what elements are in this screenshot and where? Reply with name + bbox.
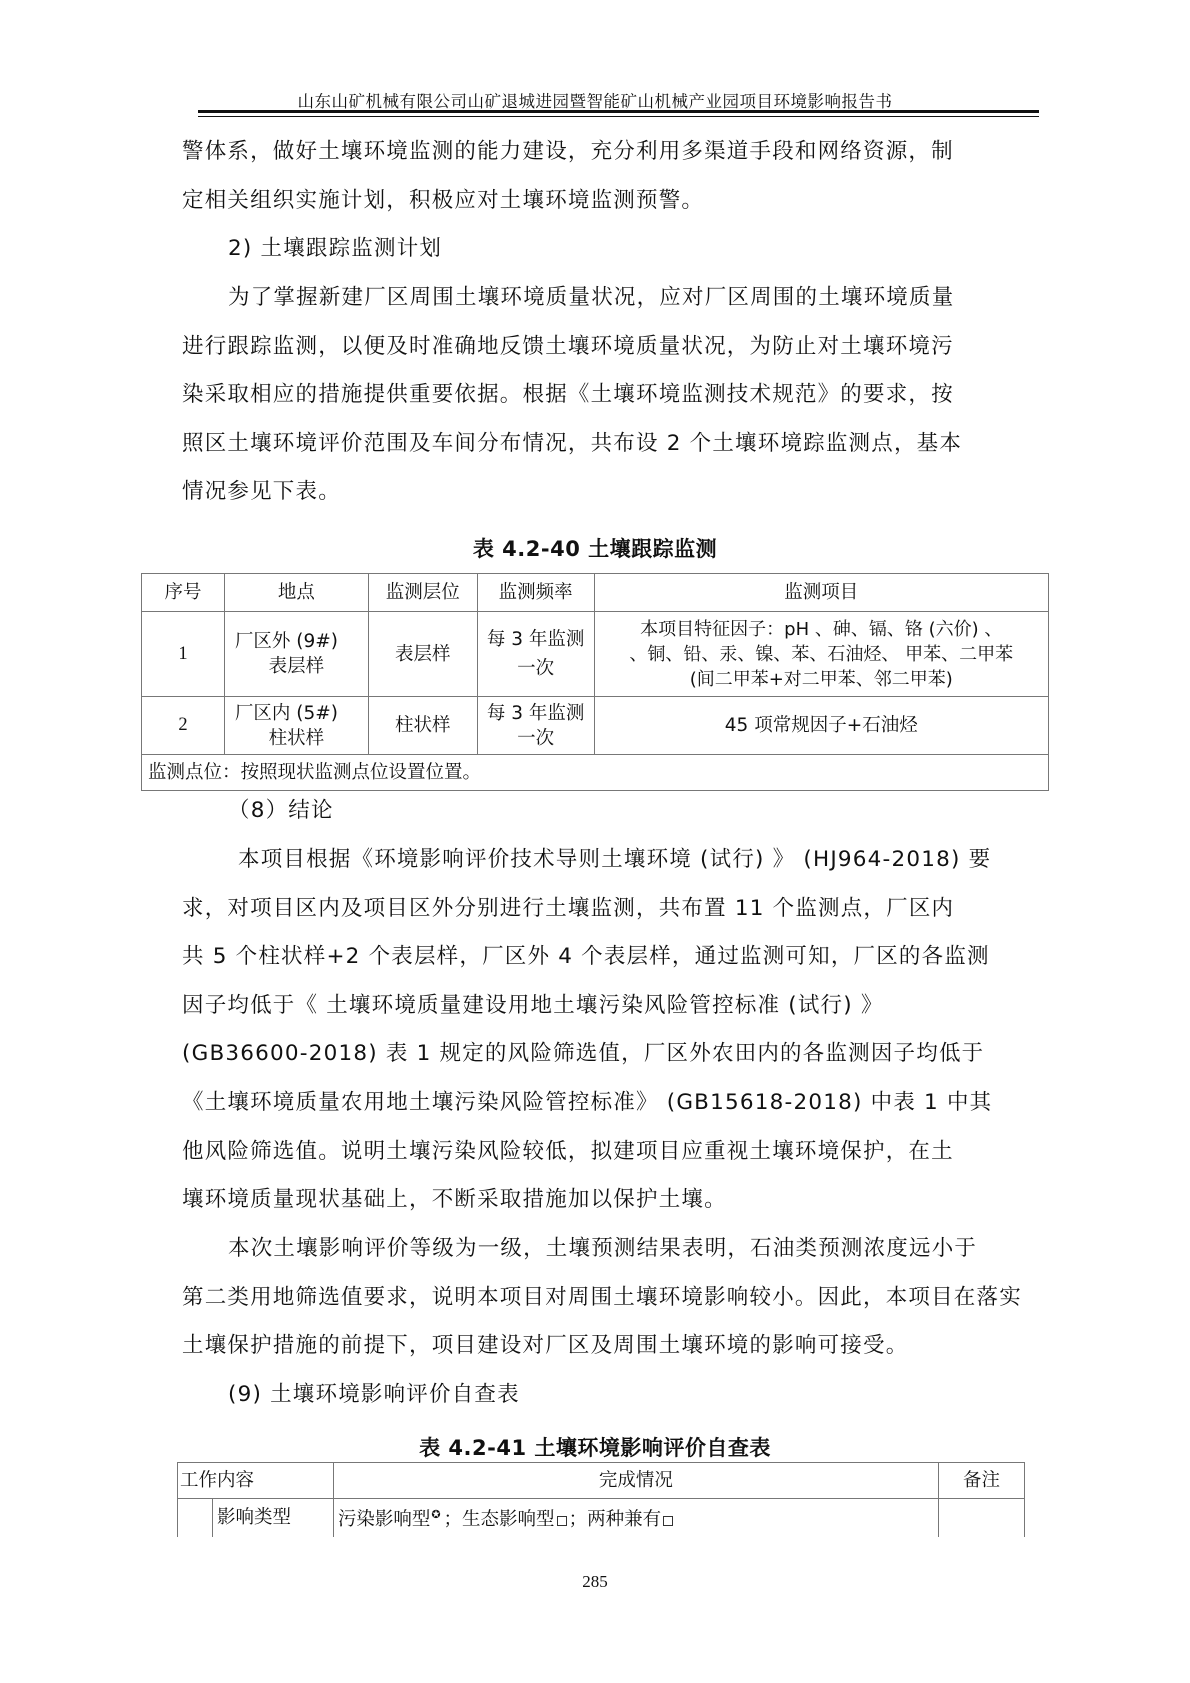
selected-sun-icon[interactable]: ✪ [431,1508,440,1521]
cell-note [939,1499,1025,1537]
table-footer-row: 监测点位：按照现状监测点位设置位置。 [142,755,1049,791]
text-line: 因子均低于《 土壤环境质量建设用地土壤污染风险管控标准 (试行) 》 [182,982,1012,1031]
text-line: 求，对项目区内及项目区外分别进行土壤监测，共布置 11 个监测点，厂区内 [182,885,1012,934]
col-header-no: 序号 [142,574,225,612]
heading-text: (9) 土壤环境影响评价自查表 [228,1382,520,1407]
table-header-row: 序号 地点 监测层位 监测频率 监测项目 [142,574,1049,612]
option-label: ；生态影响型 [444,1509,555,1530]
table1-caption: 表 4.2-40 土壤跟踪监测 [0,533,1190,563]
table-row: 影响类型 污染影响型✪；生态影响型；两种兼有 [178,1499,1025,1537]
col-header-remarks: 备注 [939,1463,1025,1499]
location-line: 厂区外 (9#) [225,629,368,654]
frequency-line: 一次 [478,656,594,681]
cell-no: 2 [142,697,225,755]
text-line: 情况参见下表。 [182,468,1012,517]
heading-conclusion: （8）结论 [182,787,1012,836]
heading-text: 2) 土壤跟踪监测计划 [228,236,442,261]
option-label: ；两种兼有 [569,1509,662,1530]
text-line: (GB36600-2018) 表 1 规定的风险筛选值，厂区外农田内的各监测因子… [182,1030,1012,1079]
heading-self-check: (9) 土壤环境影响评价自查表 [182,1371,1012,1420]
text-line: 第二类用地筛选值要求，说明本项目对周围土壤环境影响较小。因此，本项目在落实 [182,1274,1012,1323]
frequency-line: 一次 [478,726,594,751]
cell-no: 1 [142,612,225,697]
table-row: 1 厂区外 (9#) 表层样 表层样 每 3 年监测 一次 本项目特征因子：pH… [142,612,1049,697]
text-line: 为了掌握新建厂区周围土壤环境质量状况，应对厂区周围的土壤环境质量 [228,285,954,310]
text-line: 染采取相应的措施提供重要依据。根据《土壤环境监测技术规范》的要求，按 [182,371,1012,420]
col-header-layer: 监测层位 [368,574,477,612]
col-header-items: 监测项目 [594,574,1048,612]
cell-layer: 表层样 [368,612,477,697]
option-label: 污染影响型 [338,1509,431,1530]
frequency-line: 每 3 年监测 [478,627,594,652]
table-footer-note: 监测点位：按照现状监测点位设置位置。 [142,755,1049,791]
cell-items: 45 项常规因子+石油烃 [594,697,1048,755]
text-line: 进行跟踪监测，以便及时准确地反馈土壤环境质量状况，为防止对土壤环境污 [182,323,1012,372]
text-line: 共 5 个柱状样+2 个表层样，厂区外 4 个表层样，通过监测可知，厂区的各监测 [182,933,1012,982]
location-line: 柱状样 [225,726,368,751]
col-header-frequency: 监测频率 [477,574,594,612]
paragraph-warning-system: 警体系，做好土壤环境监测的能力建设，充分利用多渠道手段和网络资源，制 定相关组织… [182,128,1012,225]
table-row: 2 厂区内 (5#) 柱状样 柱状样 每 3 年监测 一次 45 项常规因子+石… [142,697,1049,755]
col-header-completion: 完成情况 [333,1463,938,1499]
empty-checkbox-icon[interactable] [557,1516,567,1526]
cell-frequency: 每 3 年监测 一次 [477,697,594,755]
col-header-location: 地点 [224,574,368,612]
tracking-monitoring-table: 序号 地点 监测层位 监测频率 监测项目 1 厂区外 (9#) 表层样 表层样 … [141,573,1049,791]
cell-location: 厂区内 (5#) 柱状样 [224,697,368,755]
heading-tracking-plan: 2) 土壤跟踪监测计划 [182,225,1012,274]
items-line: 本项目特征因子：pH 、砷、镉、铬 (六价) 、 [595,617,1048,642]
header-rule-thick [198,110,1039,113]
cell-completion: 污染影响型✪；生态影响型；两种兼有 [333,1499,938,1537]
col-header-work-content: 工作内容 [178,1463,334,1499]
location-line: 厂区内 (5#) [225,701,368,726]
cell-location: 厂区外 (9#) 表层样 [224,612,368,697]
items-line: 45 项常规因子+石油烃 [595,713,1048,738]
text-line: 《土壤环境质量农用地土壤污染风险管控标准》 (GB15618-2018) 中表 … [182,1079,1012,1128]
cell-items: 本项目特征因子：pH 、砷、镉、铬 (六价) 、 、铜、铅、汞、镍、苯、石油烃、… [594,612,1048,697]
heading-text: （8）结论 [228,798,334,823]
text-line: 照区土壤环境评价范围及车间分布情况，共布设 2 个土壤环境踪监测点，基本 [182,420,1012,469]
location-line: 表层样 [225,654,368,679]
text-line: 本项目根据《环境影响评价技术导则土壤环境 (试行) 》 (HJ964-2018)… [238,847,991,872]
self-check-table: 工作内容 完成情况 备注 影响类型 污染影响型✪；生态影响型；两种兼有 [177,1462,1025,1537]
text-line: 土壤保护措施的前提下，项目建设对厂区及周围土壤环境的影响可接受。 [182,1322,1012,1371]
text-line: 他风险筛选值。说明土壤污染风险较低，拟建项目应重视土壤环境保护，在土 [182,1128,1012,1177]
table2-caption: 表 4.2-41 土壤环境影响评价自查表 [0,1432,1190,1462]
cell-item: 影响类型 [212,1499,333,1537]
paragraph-tracking-monitoring: 为了掌握新建厂区周围土壤环境质量状况，应对厂区周围的土壤环境质量 进行跟踪监测，… [182,274,1012,517]
text-line: 壤环境质量现状基础上，不断采取措施加以保护土壤。 [182,1176,1012,1225]
empty-checkbox-icon[interactable] [663,1516,673,1526]
cell-layer: 柱状样 [368,697,477,755]
table-header-row: 工作内容 完成情况 备注 [178,1463,1025,1499]
page-number: 285 [0,1572,1190,1592]
cell-frequency: 每 3 年监测 一次 [477,612,594,697]
document-header-title: 山东山矿机械有限公司山矿退城进园暨智能矿山机械产业园项目环境影响报告书 [0,88,1190,112]
paragraph-evaluation-level: 本次土壤影响评价等级为一级，土壤预测结果表明，石油类预测浓度远小于 第二类用地筛… [182,1225,1012,1371]
text-line: 警体系，做好土壤环境监测的能力建设，充分利用多渠道手段和网络资源，制 [182,128,1012,177]
text-line: 本次土壤影响评价等级为一级，土壤预测结果表明，石油类预测浓度远小于 [228,1236,977,1261]
cell-category [178,1499,213,1537]
items-line: (间二甲苯+对二甲苯、邻二甲苯) [595,667,1048,692]
text-line: 定相关组织实施计划，积极应对土壤环境监测预警。 [182,177,1012,226]
paragraph-conclusion: 本项目根据《环境影响评价技术导则土壤环境 (试行) 》 (HJ964-2018)… [182,836,1012,1225]
frequency-line: 每 3 年监测 [478,701,594,726]
header-rule-thin [198,116,1039,117]
items-line: 、铜、铅、汞、镍、苯、石油烃、 甲苯、二甲苯 [595,642,1048,667]
